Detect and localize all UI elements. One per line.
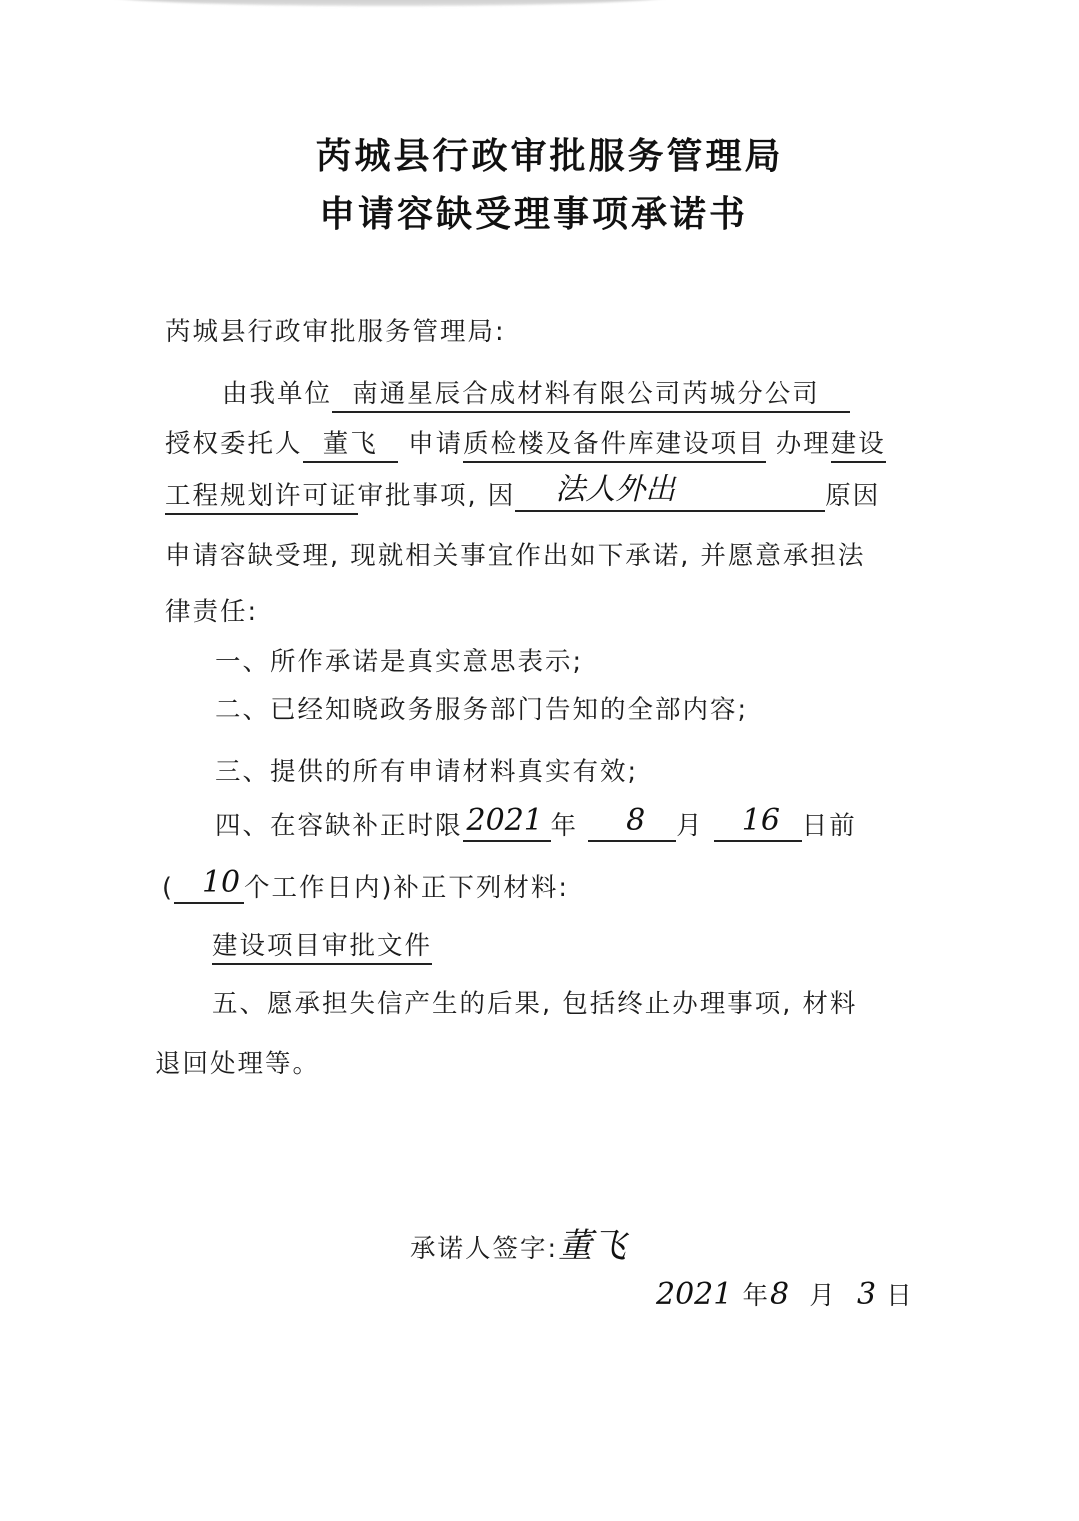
item5-line2: 退回处理等。	[155, 1044, 320, 1080]
item5-line1: 五、愿承担失信产生的后果, 包括终止办理事项, 材料	[212, 984, 857, 1020]
para1-line3: 工程规划许可证审批事项, 因法人外出原因	[165, 476, 880, 512]
signature-date: 2021 年8 月 3 日	[656, 1276, 914, 1312]
item-name-part1: 建设	[831, 429, 886, 463]
para1-line2: 授权委托人 董飞 申请质检楼及备件库建设项目 办理建设	[165, 424, 886, 460]
required-material: 建设项目审批文件	[212, 926, 432, 962]
commitment-2: 二、已经知晓政务服务部门告知的全部内容;	[215, 690, 748, 726]
deadline-year-field: 2021	[463, 810, 551, 842]
para1-line5: 律责任:	[165, 592, 258, 628]
deadline-day-field: 16	[714, 810, 802, 842]
agent-name-field: 董飞	[303, 429, 398, 463]
document-title-line2: 申请容缺受理事项承诺书	[0, 186, 1073, 237]
salutation: 芮城县行政审批服务管理局:	[165, 312, 506, 348]
reason-field: 法人外出	[515, 480, 825, 512]
para1-line4: 申请容缺受理, 现就相关事宜作出如下承诺, 并愿意承担法	[165, 536, 865, 572]
item4-line2: (10个工作日内)补正下列材料:	[162, 868, 569, 904]
page-edge-shadow	[110, 0, 670, 6]
item4-line1: 四、在容缺补正时限2021年 8月 16日前	[215, 806, 857, 842]
item-name-part2: 工程规划许可证	[165, 481, 358, 515]
signature-row: 承诺人签字:董飞	[410, 1218, 626, 1267]
signature-handwriting: 董飞	[558, 1226, 626, 1266]
reason-handwriting: 法人外出	[555, 464, 675, 508]
prefix-label: 由我单位	[222, 379, 332, 409]
commitment-3: 三、提供的所有申请材料真实有效;	[215, 752, 638, 788]
document-title-line1: 芮城县行政审批服务管理局	[10, 128, 1079, 179]
unit-name-field: 南通星辰合成材料有限公司芮城分公司	[332, 379, 850, 413]
project-name-field: 质检楼及备件库建设项目	[463, 429, 766, 463]
commitment-1: 一、所作承诺是真实意思表示;	[215, 642, 583, 678]
workdays-field: 10	[174, 872, 244, 904]
signature-label: 承诺人签字:	[410, 1234, 558, 1264]
para1-line1: 由我单位 南通星辰合成材料有限公司芮城分公司	[222, 374, 850, 410]
deadline-month-field: 8	[588, 810, 676, 842]
